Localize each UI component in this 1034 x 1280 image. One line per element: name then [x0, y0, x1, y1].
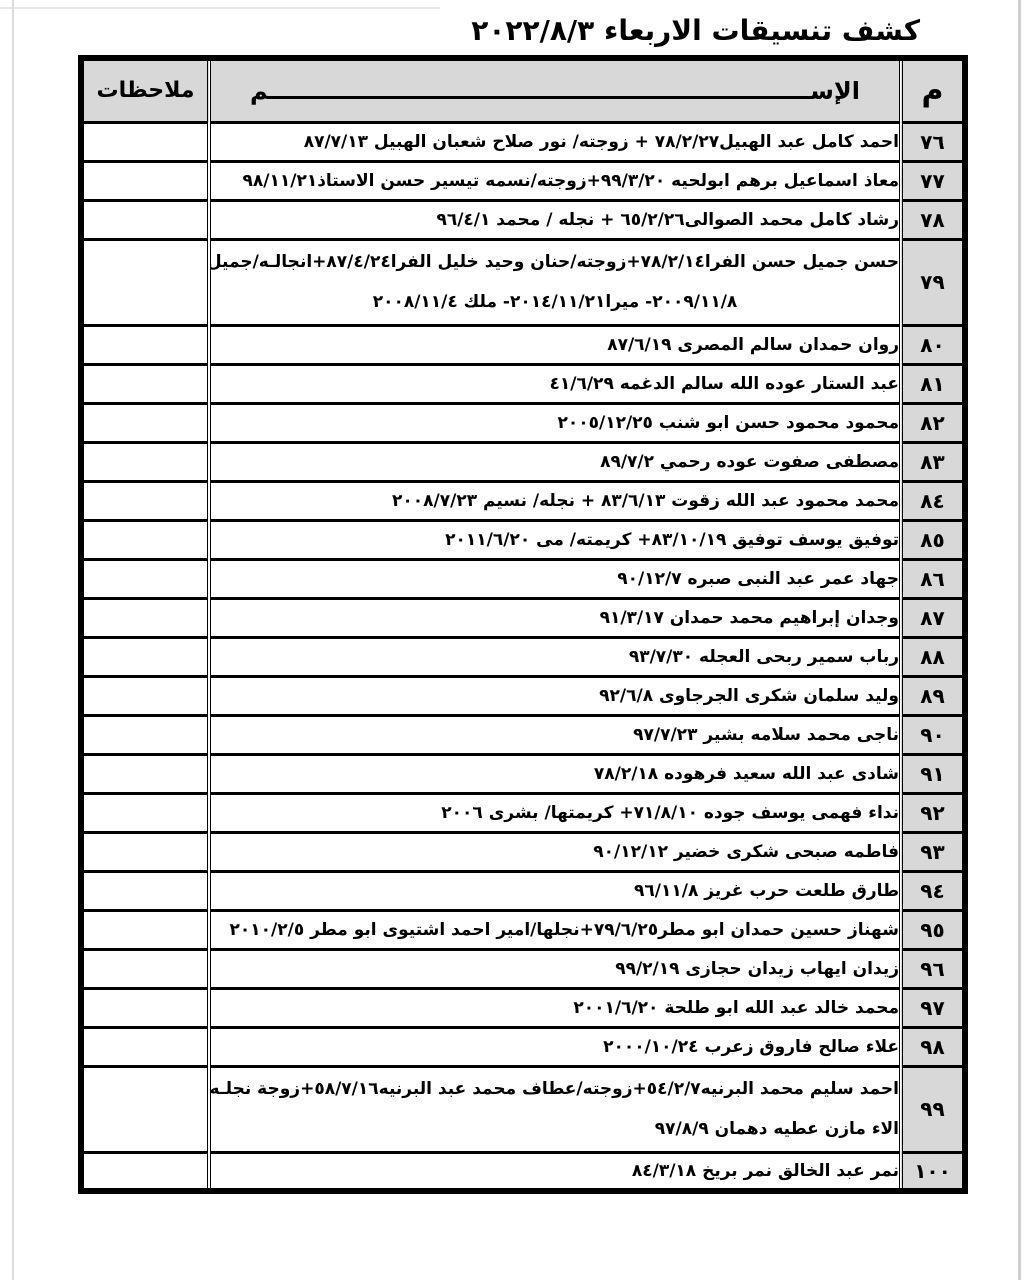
name-line: محمود محمود حسن ابو شنب ٢٠٠٥/١٢/٢٥ — [211, 413, 899, 433]
name-cell: نمر عبد الخالق نمر بريخ ٨٤/٣/١٨ — [209, 1152, 901, 1191]
notes-cell — [81, 325, 209, 364]
name-line: نداء فهمى يوسف جوده ٧١/٨/١٠+ كريمتها/ بش… — [211, 803, 899, 823]
table-row: ٨٤محمد محمود عبد الله زقوت ٨٣/٦/١٣ + نجل… — [81, 481, 965, 520]
notes-cell — [81, 1066, 209, 1152]
table-row: ٩٤طارق طلعت حرب غريز ٩٦/١١/٨ — [81, 871, 965, 910]
row-number-cell: ٩٨ — [901, 1027, 965, 1066]
name-cell: شادى عبد الله سعيد فرهوده ٧٨/٢/١٨ — [209, 754, 901, 793]
name-line: وجدان إبراهيم محمد حمدان ٩١/٣/١٧ — [211, 608, 899, 628]
row-number-cell: ٨٧ — [901, 598, 965, 637]
table-row: ٩٦زيدان ايهاب زيدان حجازى ٩٩/٢/١٩ — [81, 949, 965, 988]
name-cell: محمد خالد عبد الله ابو طلحة ٢٠٠١/٦/٢٠ — [209, 988, 901, 1027]
header-row: م الإســــــــــــــــــــــــــــــــــ… — [81, 58, 965, 122]
notes-cell — [81, 403, 209, 442]
name-cell: محمد محمود عبد الله زقوت ٨٣/٦/١٣ + نجله/… — [209, 481, 901, 520]
name-line: نمر عبد الخالق نمر بريخ ٨٤/٣/١٨ — [211, 1161, 899, 1181]
name-line: شادى عبد الله سعيد فرهوده ٧٨/٢/١٨ — [211, 764, 899, 784]
page-edge-left — [12, 0, 14, 1280]
name-cell: رشاد كامل محمد الصوالى٦٥/٢/٢٦ + نجله / م… — [209, 200, 901, 239]
table-row: ٩٨علاء صالح فاروق زعرب ٢٠٠٠/١٠/٢٤ — [81, 1027, 965, 1066]
row-number-cell: ٩٢ — [901, 793, 965, 832]
row-number-cell: ٨٩ — [901, 676, 965, 715]
row-number-cell: ٨٣ — [901, 442, 965, 481]
notes-cell — [81, 832, 209, 871]
notes-cell — [81, 1027, 209, 1066]
row-number-cell: ١٠٠ — [901, 1152, 965, 1191]
name-line: احمد سليم محمد البرنيه٥٤/٢/٧+زوجته/عطاف … — [211, 1069, 899, 1109]
notes-cell — [81, 239, 209, 325]
table-row: ٩٥شهناز حسين حمدان ابو مطر٧٩/٦/٢٥+نجلها/… — [81, 910, 965, 949]
name-line: وليد سلمان شكرى الجرجاوى ٩٢/٦/٨ — [211, 686, 899, 706]
notes-cell — [81, 676, 209, 715]
row-number-cell: ٩١ — [901, 754, 965, 793]
row-number-cell: ٨٨ — [901, 637, 965, 676]
table-row: ٨٢محمود محمود حسن ابو شنب ٢٠٠٥/١٢/٢٥ — [81, 403, 965, 442]
table-row: ٧٧معاذ اسماعيل برهم ابولحيه ٩٩/٣/٢٠+زوجت… — [81, 161, 965, 200]
name-line: عبد الستار عوده الله سالم الدغمه ٤١/٦/٢٩ — [211, 374, 899, 394]
table-row: ٨٨رباب سمير ربحى العجله ٩٣/٧/٣٠ — [81, 637, 965, 676]
header-number: م — [901, 58, 965, 122]
row-number-cell: ٩٩ — [901, 1066, 965, 1152]
name-line: طارق طلعت حرب غريز ٩٦/١١/٨ — [211, 881, 899, 901]
name-line: ٢٠٠٩/١١/٨- ميرا٢٠١٤/١١/٢١- ملك ٢٠٠٨/١١/٤ — [211, 282, 899, 322]
name-line: علاء صالح فاروق زعرب ٢٠٠٠/١٠/٢٤ — [211, 1037, 899, 1057]
row-number-cell: ٩٥ — [901, 910, 965, 949]
notes-cell — [81, 715, 209, 754]
row-number-cell: ٨٢ — [901, 403, 965, 442]
name-cell: فاطمه صبحى شكرى خضير ٩٠/١٢/١٢ — [209, 832, 901, 871]
name-cell: عبد الستار عوده الله سالم الدغمه ٤١/٦/٢٩ — [209, 364, 901, 403]
row-number-cell: ٨١ — [901, 364, 965, 403]
name-cell: وجدان إبراهيم محمد حمدان ٩١/٣/١٧ — [209, 598, 901, 637]
notes-cell — [81, 364, 209, 403]
notes-cell — [81, 637, 209, 676]
name-cell: معاذ اسماعيل برهم ابولحيه ٩٩/٣/٢٠+زوجته/… — [209, 161, 901, 200]
name-cell: توفيق يوسف توفيق ٨٣/١٠/١٩+ كريمته/ مى ٢٠… — [209, 520, 901, 559]
table-row: ٩٩احمد سليم محمد البرنيه٥٤/٢/٧+زوجته/عطا… — [81, 1066, 965, 1152]
row-number-cell: ٩٠ — [901, 715, 965, 754]
name-cell: مصطفى صفوت عوده رحمي ٨٩/٧/٢ — [209, 442, 901, 481]
row-number-cell: ٩٧ — [901, 988, 965, 1027]
table-row: ٨٣مصطفى صفوت عوده رحمي ٨٩/٧/٢ — [81, 442, 965, 481]
name-cell: محمود محمود حسن ابو شنب ٢٠٠٥/١٢/٢٥ — [209, 403, 901, 442]
row-number-cell: ٨٠ — [901, 325, 965, 364]
name-line: حسن جميل حسن الفرا٧٨/٢/١٤+زوجته/حنان وحي… — [211, 242, 899, 282]
row-number-cell: ٨٥ — [901, 520, 965, 559]
name-cell: وليد سلمان شكرى الجرجاوى ٩٢/٦/٨ — [209, 676, 901, 715]
row-number-cell: ٨٤ — [901, 481, 965, 520]
name-cell: نداء فهمى يوسف جوده ٧١/٨/١٠+ كريمتها/ بش… — [209, 793, 901, 832]
row-number-cell: ٨٦ — [901, 559, 965, 598]
notes-cell — [81, 200, 209, 239]
table-row: ٧٩حسن جميل حسن الفرا٧٨/٢/١٤+زوجته/حنان و… — [81, 239, 965, 325]
row-number-cell: ٧٧ — [901, 161, 965, 200]
header-name: الإســــــــــــــــــــــــــــــــــــ… — [209, 58, 901, 122]
name-line: محمد محمود عبد الله زقوت ٨٣/٦/١٣ + نجله/… — [211, 491, 899, 511]
notes-cell — [81, 598, 209, 637]
name-cell: روان حمدان سالم المصرى ٨٧/٦/١٩ — [209, 325, 901, 364]
notes-cell — [81, 793, 209, 832]
name-line: فاطمه صبحى شكرى خضير ٩٠/١٢/١٢ — [211, 842, 899, 862]
notes-cell — [81, 559, 209, 598]
page-edge-right — [1018, 0, 1021, 1280]
name-line: احمد كامل عبد الهبيل٧٨/٢/٢٧ + زوجته/ نور… — [211, 132, 899, 152]
name-line: توفيق يوسف توفيق ٨٣/١٠/١٩+ كريمته/ مى ٢٠… — [211, 530, 899, 550]
row-number-cell: ٩٤ — [901, 871, 965, 910]
notes-cell — [81, 949, 209, 988]
notes-cell — [81, 1152, 209, 1191]
notes-cell — [81, 161, 209, 200]
name-line: مصطفى صفوت عوده رحمي ٨٩/٧/٢ — [211, 452, 899, 472]
table-row: ٩٣فاطمه صبحى شكرى خضير ٩٠/١٢/١٢ — [81, 832, 965, 871]
notes-cell — [81, 520, 209, 559]
name-line: جهاد عمر عبد النبى صبره ٩٠/١٢/٧ — [211, 569, 899, 589]
name-cell: علاء صالح فاروق زعرب ٢٠٠٠/١٠/٢٤ — [209, 1027, 901, 1066]
notes-cell — [81, 481, 209, 520]
table-row: ٨٧وجدان إبراهيم محمد حمدان ٩١/٣/١٧ — [81, 598, 965, 637]
name-line: روان حمدان سالم المصرى ٨٧/٦/١٩ — [211, 335, 899, 355]
name-cell: احمد سليم محمد البرنيه٥٤/٢/٧+زوجته/عطاف … — [209, 1066, 901, 1152]
row-number-cell: ٧٩ — [901, 239, 965, 325]
name-line: محمد خالد عبد الله ابو طلحة ٢٠٠١/٦/٢٠ — [211, 998, 899, 1018]
table-row: ٩٧محمد خالد عبد الله ابو طلحة ٢٠٠١/٦/٢٠ — [81, 988, 965, 1027]
table-row: ٨١عبد الستار عوده الله سالم الدغمه ٤١/٦/… — [81, 364, 965, 403]
name-line: شهناز حسين حمدان ابو مطر٧٩/٦/٢٥+نجلها/ام… — [211, 920, 899, 940]
notes-cell — [81, 910, 209, 949]
table-body: ٧٦احمد كامل عبد الهبيل٧٨/٢/٢٧ + زوجته/ ن… — [81, 122, 965, 1191]
page-title: كشف تنسيقات الاربعاء ٢٠٢٢/٨/٣ — [471, 14, 920, 47]
page-edge-top — [0, 7, 440, 9]
name-line: معاذ اسماعيل برهم ابولحيه ٩٩/٣/٢٠+زوجته/… — [211, 171, 899, 191]
name-cell: حسن جميل حسن الفرا٧٨/٢/١٤+زوجته/حنان وحي… — [209, 239, 901, 325]
row-number-cell: ٩٣ — [901, 832, 965, 871]
row-number-cell: ٩٦ — [901, 949, 965, 988]
name-cell: شهناز حسين حمدان ابو مطر٧٩/٦/٢٥+نجلها/ام… — [209, 910, 901, 949]
notes-cell — [81, 442, 209, 481]
table-row: ٩٢نداء فهمى يوسف جوده ٧١/٨/١٠+ كريمتها/ … — [81, 793, 965, 832]
name-line: الاء مازن عطيه دهمان ٩٧/٨/٩ — [211, 1109, 899, 1149]
name-cell: احمد كامل عبد الهبيل٧٨/٢/٢٧ + زوجته/ نور… — [209, 122, 901, 161]
table-row: ٧٨رشاد كامل محمد الصوالى٦٥/٢/٢٦ + نجله /… — [81, 200, 965, 239]
row-number-cell: ٧٦ — [901, 122, 965, 161]
table-row: ٨٩وليد سلمان شكرى الجرجاوى ٩٢/٦/٨ — [81, 676, 965, 715]
table-row: ٩١شادى عبد الله سعيد فرهوده ٧٨/٢/١٨ — [81, 754, 965, 793]
row-number-cell: ٧٨ — [901, 200, 965, 239]
name-cell: جهاد عمر عبد النبى صبره ٩٠/١٢/٧ — [209, 559, 901, 598]
name-line: رباب سمير ربحى العجله ٩٣/٧/٣٠ — [211, 647, 899, 667]
notes-cell — [81, 988, 209, 1027]
name-cell: زيدان ايهاب زيدان حجازى ٩٩/٢/١٩ — [209, 949, 901, 988]
name-cell: ناجى محمد سلامه بشير ٩٧/٧/٢٣ — [209, 715, 901, 754]
notes-cell — [81, 122, 209, 161]
table-row: ٨٠روان حمدان سالم المصرى ٨٧/٦/١٩ — [81, 325, 965, 364]
name-line: رشاد كامل محمد الصوالى٦٥/٢/٢٦ + نجله / م… — [211, 210, 899, 230]
table-row: ٩٠ناجى محمد سلامه بشير ٩٧/٧/٢٣ — [81, 715, 965, 754]
table-row: ٧٦احمد كامل عبد الهبيل٧٨/٢/٢٧ + زوجته/ ن… — [81, 122, 965, 161]
notes-cell — [81, 871, 209, 910]
coordination-list-table: م الإســــــــــــــــــــــــــــــــــ… — [78, 55, 968, 1194]
header-notes: ملاحظات — [81, 58, 209, 122]
table-row: ١٠٠نمر عبد الخالق نمر بريخ ٨٤/٣/١٨ — [81, 1152, 965, 1191]
name-line: زيدان ايهاب زيدان حجازى ٩٩/٢/١٩ — [211, 959, 899, 979]
name-line: ناجى محمد سلامه بشير ٩٧/٧/٢٣ — [211, 725, 899, 745]
scanned-document-page: { "page": { "title": "كشف تنسيقات الاربع… — [0, 0, 1034, 1280]
notes-cell — [81, 754, 209, 793]
name-cell: طارق طلعت حرب غريز ٩٦/١١/٨ — [209, 871, 901, 910]
table-row: ٨٦جهاد عمر عبد النبى صبره ٩٠/١٢/٧ — [81, 559, 965, 598]
table-row: ٨٥توفيق يوسف توفيق ٨٣/١٠/١٩+ كريمته/ مى … — [81, 520, 965, 559]
name-cell: رباب سمير ربحى العجله ٩٣/٧/٣٠ — [209, 637, 901, 676]
